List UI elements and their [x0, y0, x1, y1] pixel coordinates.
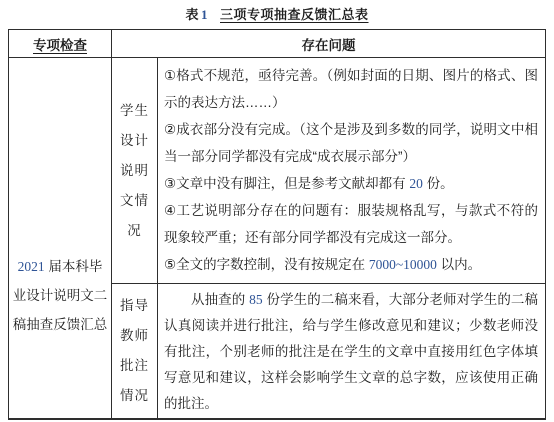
category-line: 设计 — [120, 126, 149, 156]
word-count-range: 7000~10000 — [369, 257, 437, 272]
category-teacher-annotation: 指导 教师 批注 情况 — [112, 284, 158, 418]
category-line: 指导 — [120, 291, 149, 321]
teacher-paragraph: 从抽查的 85 份学生的二稿来看，大部分老师对学生的二稿认真阅读并进行批注，给与… — [164, 287, 538, 417]
problem-item-4: ④工艺说明部分存在的问题有：服装规格乱写，与款式不符的现象较严重；还有部分同学都… — [164, 197, 538, 251]
inspection-name-text: 2021 届本科毕业设计说明文二稿抽查反馈汇总 — [11, 252, 109, 339]
reference-count: 20 — [409, 176, 423, 191]
category-line: 文情 — [120, 186, 149, 216]
problem-item-3: ③文章中没有脚注，但是参考文献却都有 20 份。 — [164, 170, 538, 197]
table-label: 表 — [185, 7, 199, 22]
category-line: 况 — [127, 216, 142, 246]
category-line: 情况 — [120, 381, 149, 411]
table-title-text: 三项专项抽查反馈汇总表 — [220, 7, 369, 22]
category-line: 教师 — [120, 321, 149, 351]
problem-item-1: ①格式不规范，亟待完善。（例如封面的日期、图片的格式、图示的表达方法……） — [164, 62, 538, 116]
inspection-name-cell: 2021 届本科毕业设计说明文二稿抽查反馈汇总 — [9, 58, 112, 418]
teacher-problems-cell: 从抽查的 85 份学生的二稿来看，大部分老师对学生的二稿认真阅读并进行批注，给与… — [158, 284, 545, 418]
category-line: 说明 — [120, 156, 149, 186]
problem-item-2: ②成衣部分没有完成。（这个是涉及到多数的同学，说明文中相当一部分同学都没有完成“… — [164, 116, 538, 170]
page-title: 表1三项专项抽查反馈汇总表 — [0, 4, 554, 23]
student-problems-cell: ①格式不规范，亟待完善。（例如封面的日期、图片的格式、图示的表达方法……） ②成… — [158, 58, 545, 284]
header-cell-problems: 存在问题 — [112, 30, 545, 58]
category-student-design: 学生 设计 说明 文情 况 — [112, 58, 158, 284]
feedback-summary-table: 专项检查 存在问题 2021 届本科毕业设计说明文二稿抽查反馈汇总 学生 设计 … — [8, 29, 546, 420]
table-number: 1 — [201, 7, 208, 22]
inspection-year: 2021 — [18, 259, 45, 274]
category-line: 批注 — [120, 351, 149, 381]
header-cell-inspection: 专项检查 — [9, 30, 112, 58]
sampled-draft-count: 85 — [249, 292, 263, 307]
problem-item-5: ⑤全文的字数控制，没有按规定在 7000~10000 以内。 — [164, 251, 538, 278]
category-line: 学生 — [120, 96, 149, 126]
